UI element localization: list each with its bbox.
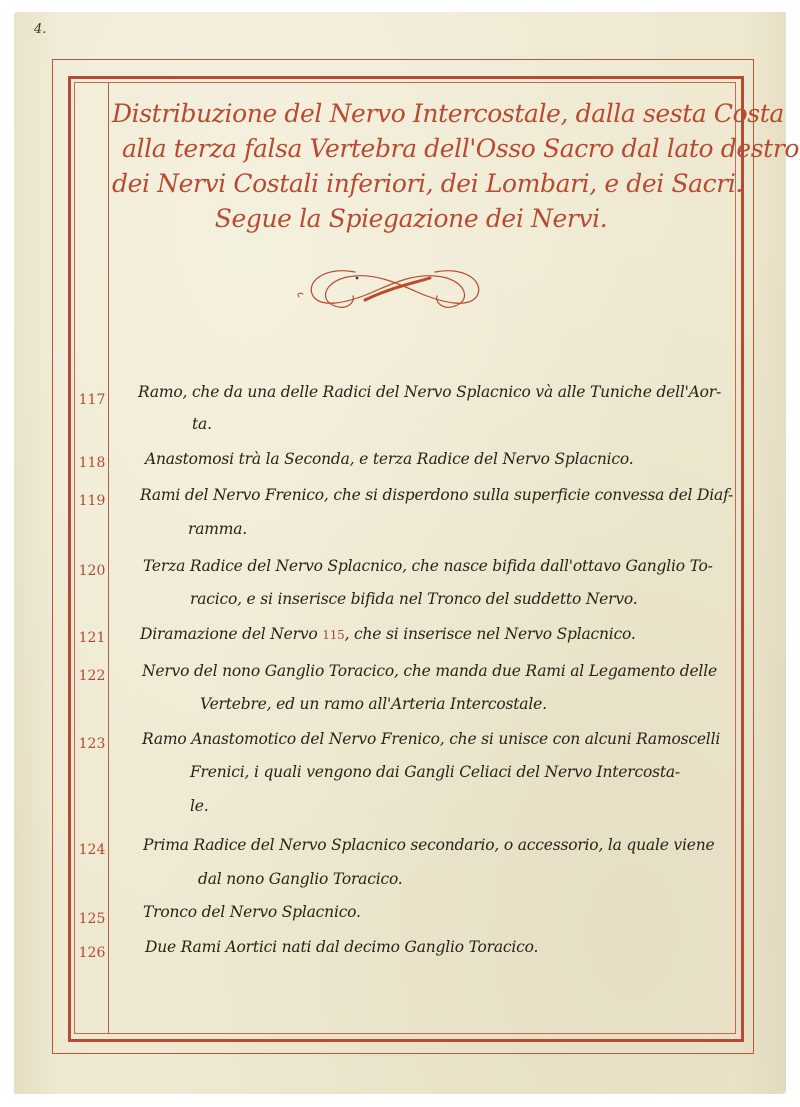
flourish-ornament-icon xyxy=(295,264,495,314)
entry-number: 120 xyxy=(76,563,108,579)
title-line: Segue la Spiegazione dei Nervi. xyxy=(112,201,740,236)
entry-text: ramma. xyxy=(188,520,247,538)
entry-text: Rami del Nervo Frenico, che si disperdon… xyxy=(140,486,733,504)
entry-number: 122 xyxy=(76,668,108,684)
title-line: alla terza falsa Vertebra dell'Osso Sacr… xyxy=(112,131,740,166)
entry-number: 124 xyxy=(76,842,108,858)
entry-text: Vertebre, ed un ramo all'Arteria Interco… xyxy=(200,695,547,713)
entry-text: Prima Radice del Nervo Splacnico seconda… xyxy=(143,836,714,854)
entry-text: Ramo Anastomotico del Nervo Frenico, che… xyxy=(142,730,720,748)
entry-text: racico, e si inserisce bifida nel Tronco… xyxy=(190,590,638,608)
entry-text-part: , che si inserisce nel Nervo Splacnico. xyxy=(345,625,636,643)
entry-number: 125 xyxy=(76,911,108,927)
entry-text: le. xyxy=(190,797,208,815)
entry-text: ta. xyxy=(192,415,212,433)
entry-text: Nervo del nono Ganglio Toracico, che man… xyxy=(142,662,717,680)
entry-text: Anastomosi trà la Seconda, e terza Radic… xyxy=(145,450,633,468)
cross-reference-number: 115 xyxy=(322,628,344,642)
entry-text: Frenici, i quali vengono dai Gangli Celi… xyxy=(190,763,680,781)
title-line: dei Nervi Costali inferiori, dei Lombari… xyxy=(112,166,740,201)
entry-text: Due Rami Aortici nati dal decimo Ganglio… xyxy=(145,938,538,956)
entry-number: 121 xyxy=(76,630,108,646)
page-number: 4. xyxy=(34,22,46,37)
margin-rule xyxy=(108,83,109,1033)
entry-number: 117 xyxy=(76,392,108,408)
entry-text-part: Diramazione del Nervo xyxy=(140,625,322,643)
entry-number: 118 xyxy=(76,455,108,471)
entry-number: 119 xyxy=(76,493,108,509)
entry-text: Diramazione del Nervo 115, che si inseri… xyxy=(140,625,636,643)
entry-text: dal nono Ganglio Toracico. xyxy=(198,870,403,888)
entry-text: Terza Radice del Nervo Splacnico, che na… xyxy=(143,557,713,575)
entry-number: 123 xyxy=(76,736,108,752)
page-title: Distribuzione del Nervo Intercostale, da… xyxy=(112,96,740,236)
entry-text: Tronco del Nervo Splacnico. xyxy=(143,903,361,921)
entry-text: Ramo, che da una delle Radici del Nervo … xyxy=(138,383,721,401)
entry-number: 126 xyxy=(76,945,108,961)
title-line: Distribuzione del Nervo Intercostale, da… xyxy=(112,96,740,131)
